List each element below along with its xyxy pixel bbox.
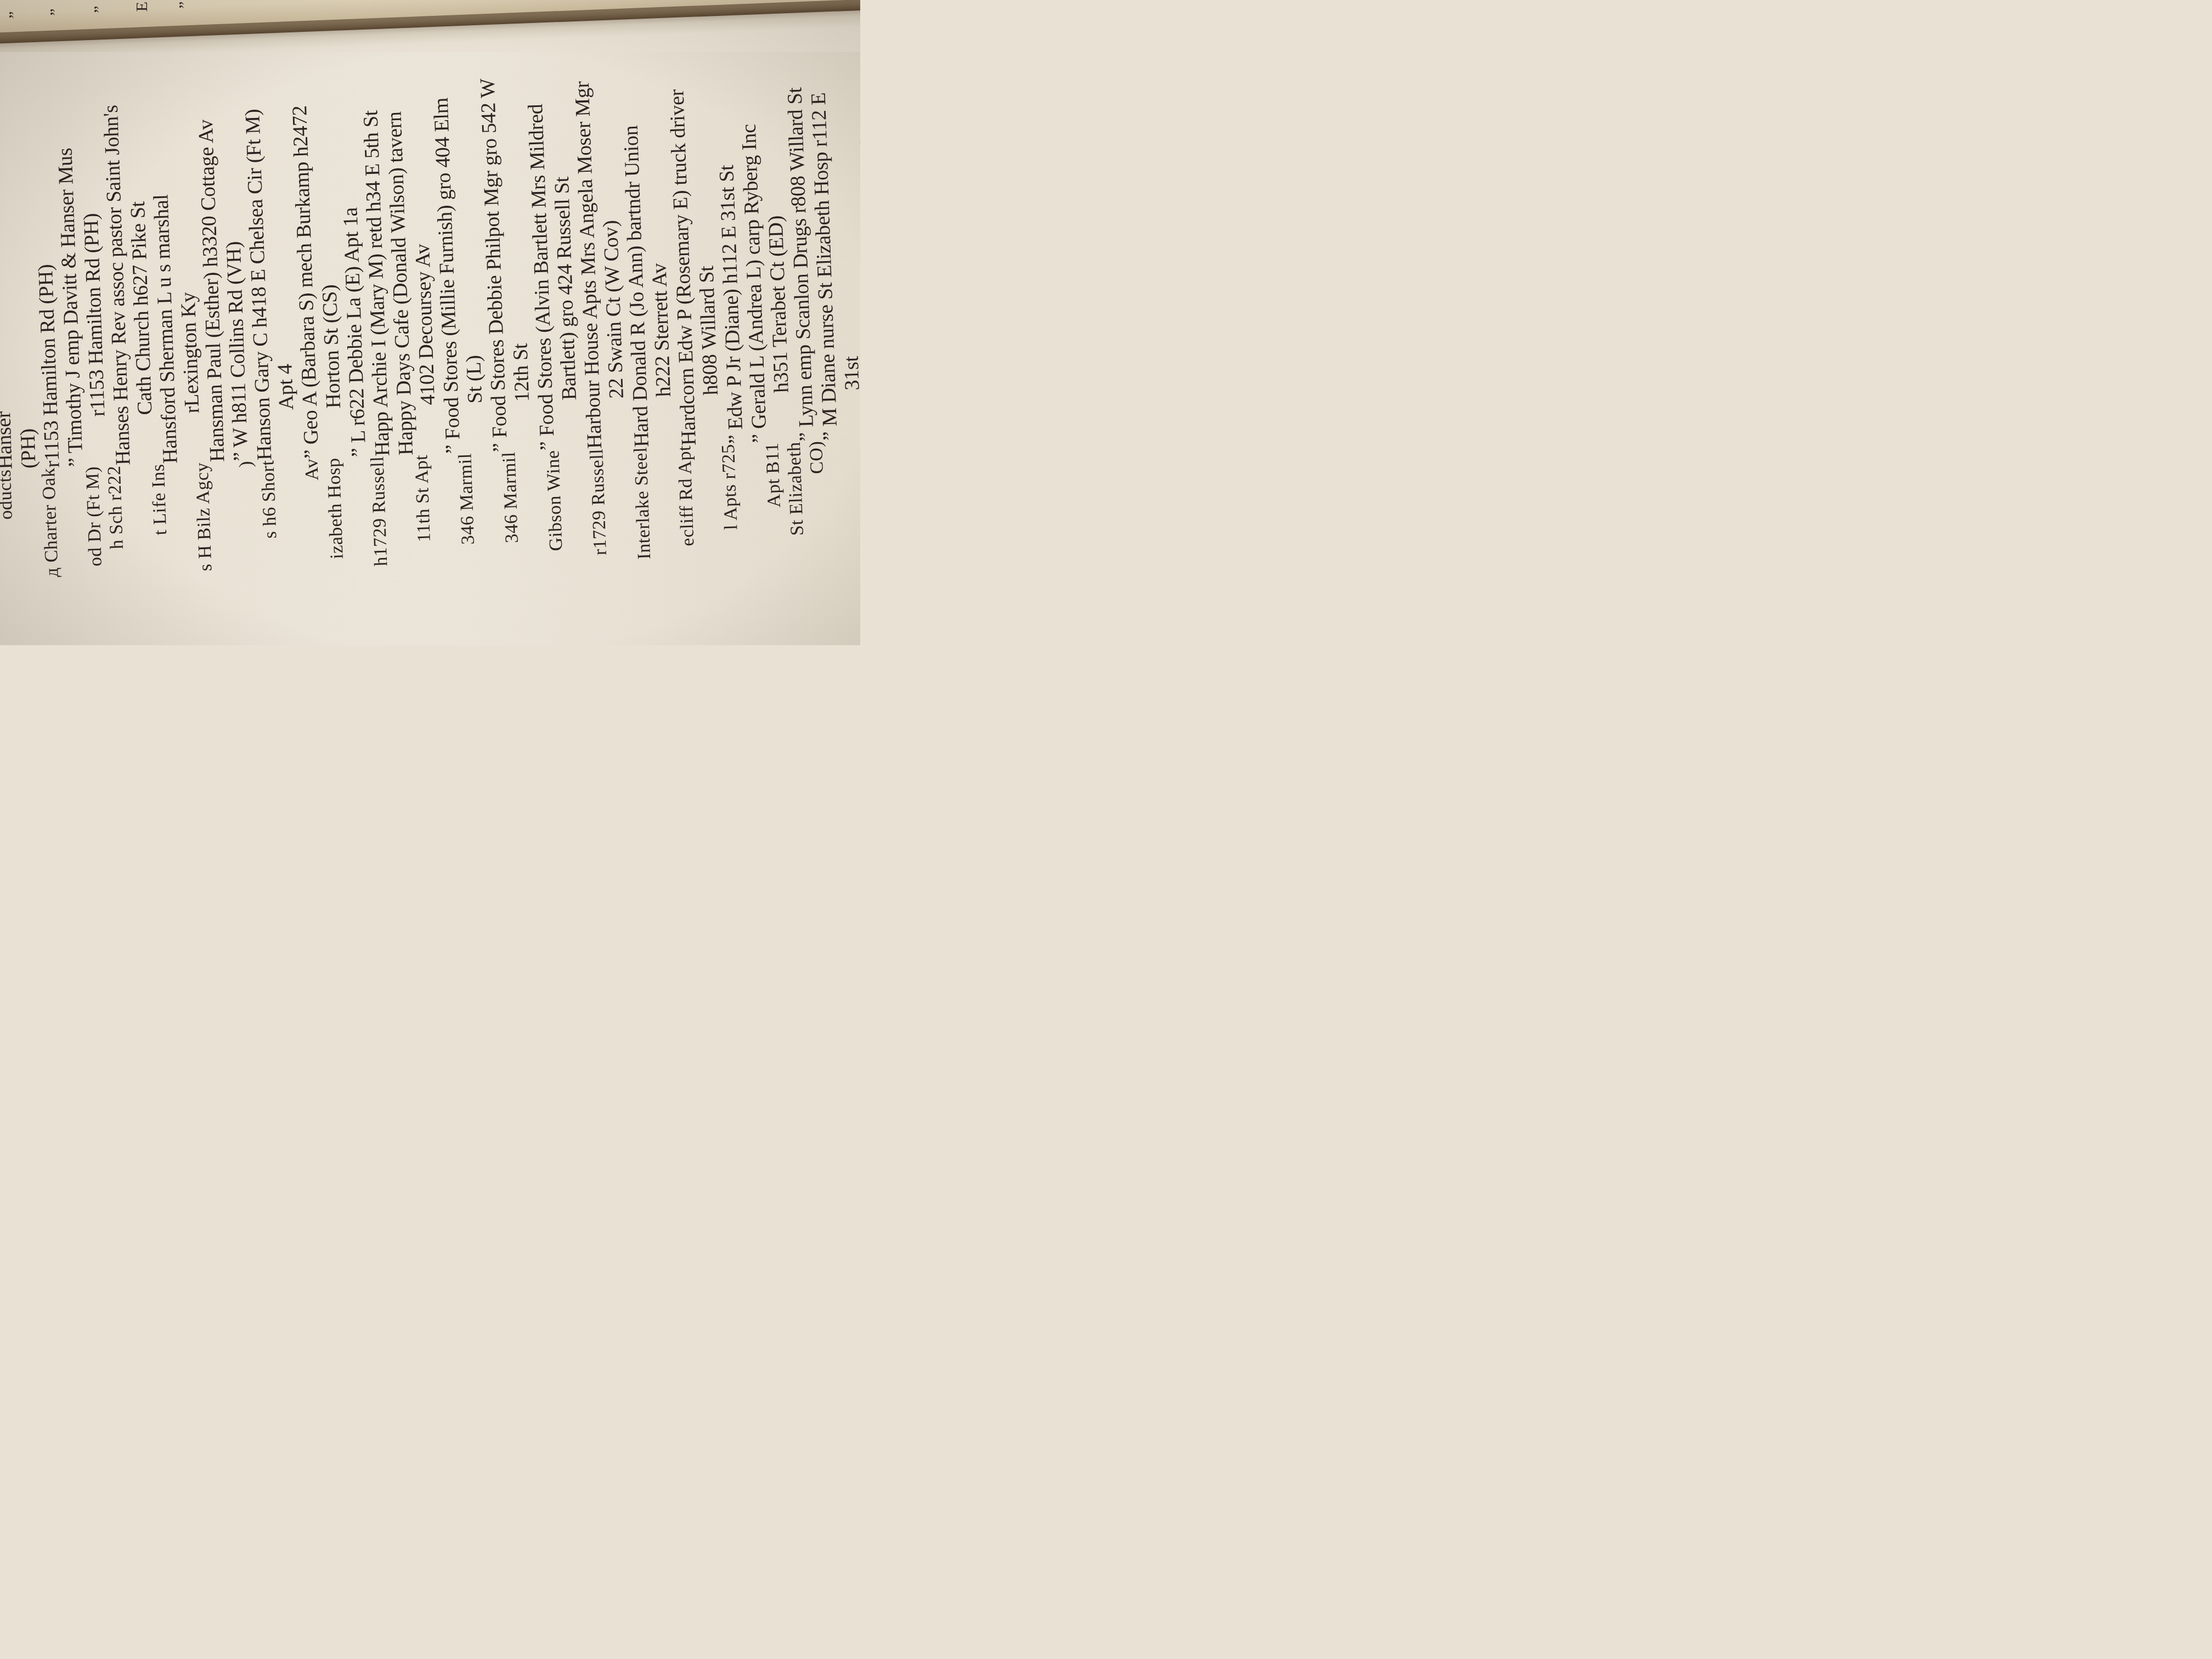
left-column-fragments: oductsд Charter Oakod Dr (Ft M)h Sch r22… [0,441,833,645]
rotated-page-content: oductsд Charter Oakod Dr (Ft M)h Sch r22… [0,0,860,645]
right-column-entries: Hanser(PH)r1153 Hamilton Rd (PH)Timothy … [0,0,860,470]
